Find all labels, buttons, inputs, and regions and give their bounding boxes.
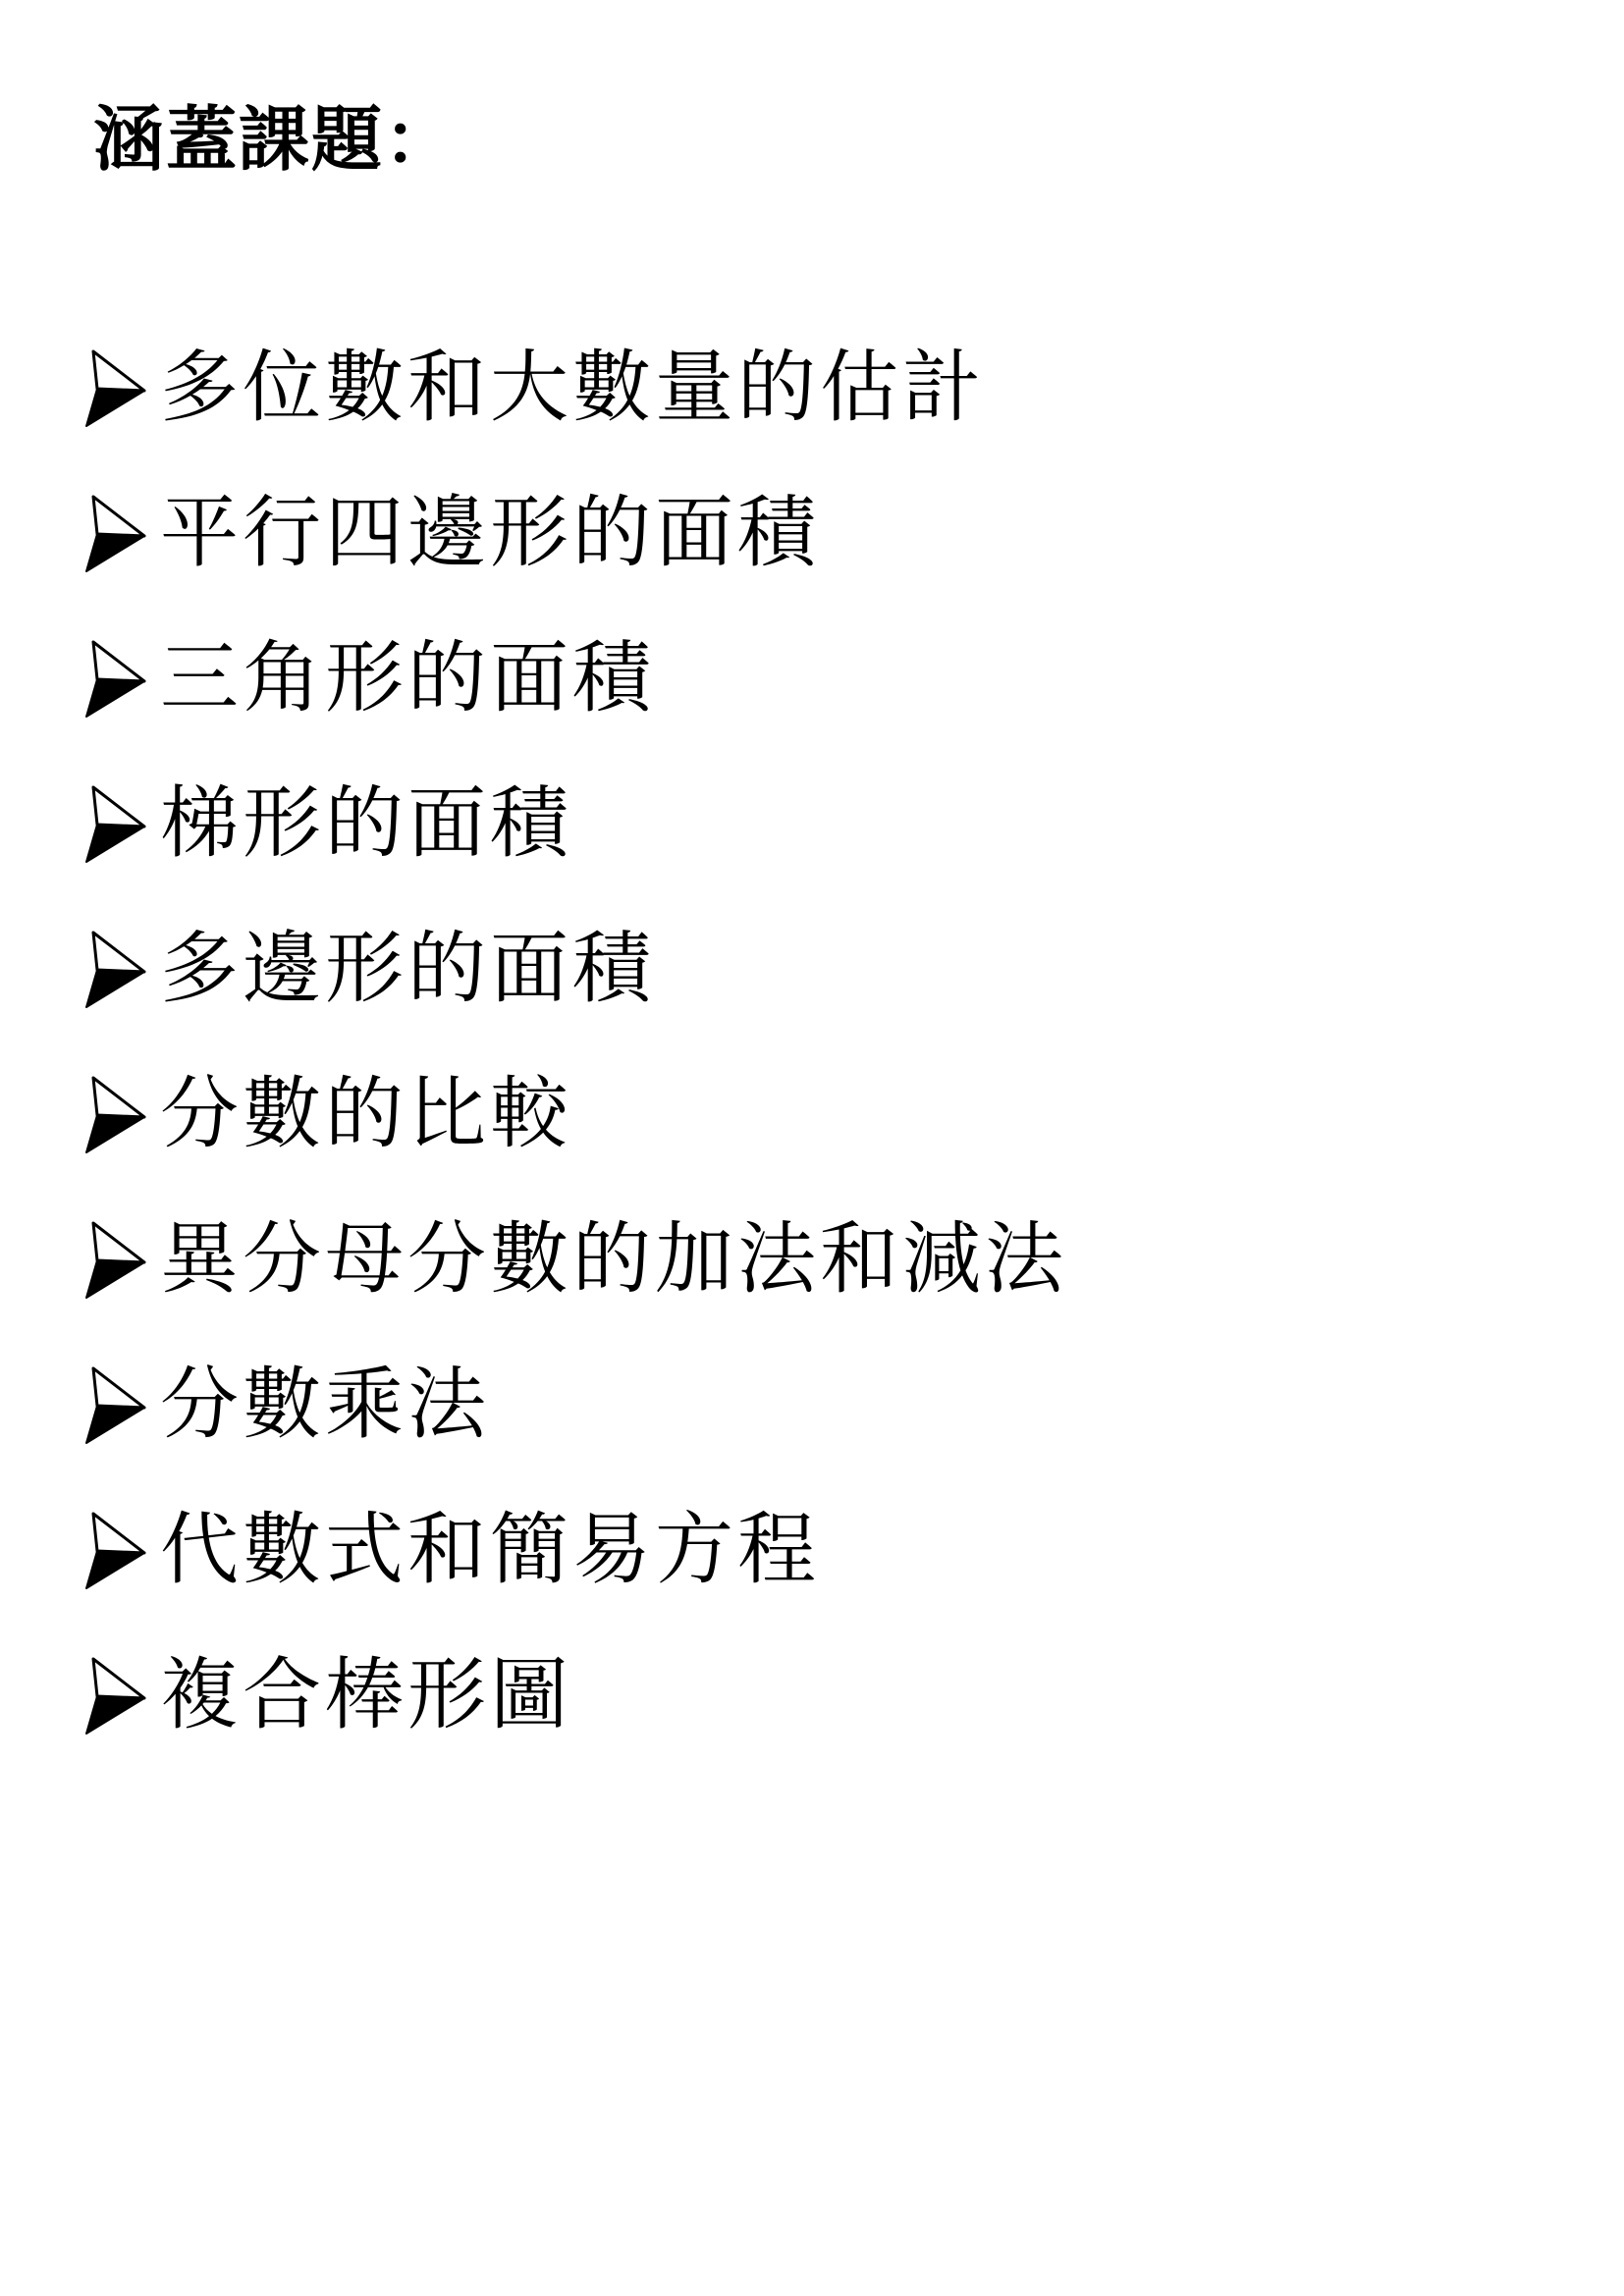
topic-label: 分數的比較	[160, 1074, 572, 1156]
arrowhead-bullet-icon	[83, 639, 148, 720]
topic-label: 多邊形的面積	[160, 929, 655, 1011]
page-title: 涵蓋課題：	[0, 0, 1624, 183]
slide-page: 涵蓋課題： 多位數和大數量的估計 平行四邊形的面積	[0, 0, 1624, 2296]
topic-label: 複合棒形圖	[160, 1655, 572, 1737]
list-item: 三角形的面積	[83, 638, 1624, 721]
topic-label: 平行四邊形的面積	[160, 493, 820, 575]
topic-list: 多位數和大數量的估計 平行四邊形的面積 三角形的面積	[0, 347, 1624, 1737]
list-item: 異分母分數的加法和減法	[83, 1219, 1624, 1302]
arrowhead-bullet-icon	[83, 348, 148, 429]
list-item: 多邊形的面積	[83, 929, 1624, 1011]
topic-label: 代數式和簡易方程	[160, 1510, 820, 1592]
topic-label: 異分母分數的加法和減法	[160, 1219, 1067, 1302]
list-item: 代數式和簡易方程	[83, 1510, 1624, 1592]
topic-label: 多位數和大數量的估計	[160, 347, 985, 430]
arrowhead-bullet-icon	[83, 1511, 148, 1591]
arrowhead-bullet-icon	[83, 784, 148, 865]
arrowhead-bullet-icon	[83, 930, 148, 1010]
list-item: 分數乘法	[83, 1364, 1624, 1447]
topic-label: 三角形的面積	[160, 638, 655, 721]
list-item: 梯形的面積	[83, 783, 1624, 866]
list-item: 分數的比較	[83, 1074, 1624, 1156]
list-item: 多位數和大數量的估計	[83, 347, 1624, 430]
topic-label: 分數乘法	[160, 1364, 490, 1447]
arrowhead-bullet-icon	[83, 494, 148, 574]
topic-label: 梯形的面積	[160, 783, 572, 866]
arrowhead-bullet-icon	[83, 1075, 148, 1155]
list-item: 複合棒形圖	[83, 1655, 1624, 1737]
arrowhead-bullet-icon	[83, 1656, 148, 1736]
list-item: 平行四邊形的面積	[83, 493, 1624, 575]
arrowhead-bullet-icon	[83, 1220, 148, 1301]
arrowhead-bullet-icon	[83, 1365, 148, 1446]
